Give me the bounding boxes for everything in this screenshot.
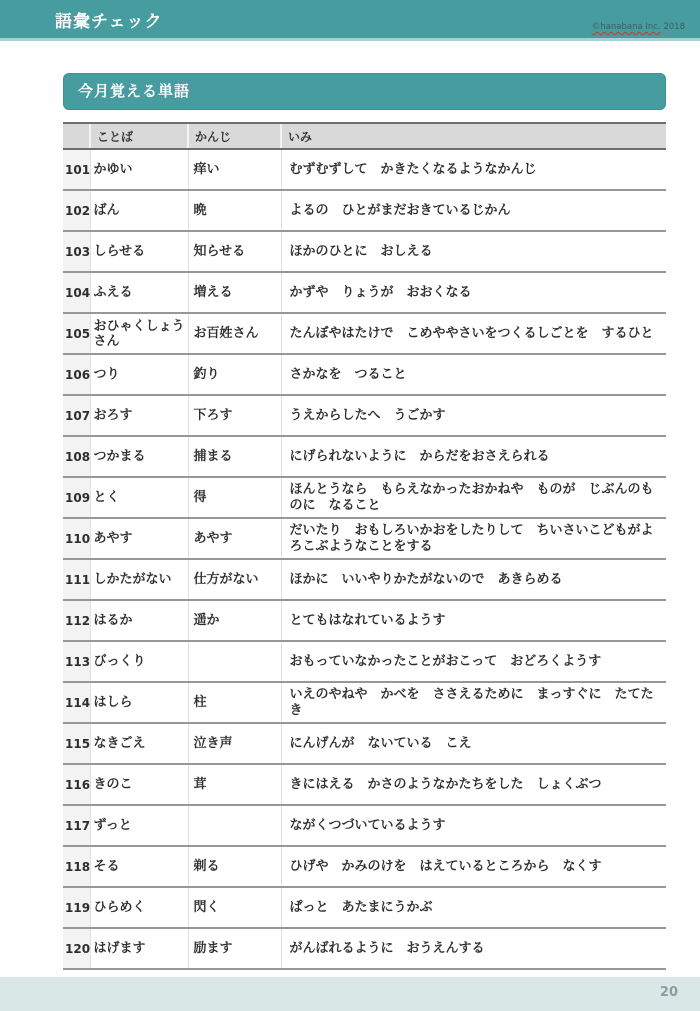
cell-kanji: お百姓さん xyxy=(188,313,281,354)
row-number: 104 xyxy=(63,272,90,313)
cell-imi: にげられないように からだをおさえられる xyxy=(281,436,666,477)
row-number: 110 xyxy=(63,518,90,559)
cell-imi: さかなを つること xyxy=(281,354,666,395)
table-row: 108 つかまる 捕まる にげられないように からだをおさえられる xyxy=(63,436,666,477)
cell-kanji: 下ろす xyxy=(188,395,281,436)
cell-kanji: 釣り xyxy=(188,354,281,395)
row-number: 114 xyxy=(63,682,90,723)
cell-kotoba: あやす xyxy=(90,518,188,559)
cell-imi: たんぼやはたけで こめややさいをつくるしごとを するひと xyxy=(281,313,666,354)
table-row: 107 おろす 下ろす うえからしたへ うごかす xyxy=(63,395,666,436)
cell-kanji: 捕まる xyxy=(188,436,281,477)
table-row: 114 はしら 柱 いえのやねや かべを ささえるために まっすぐに たてた き xyxy=(63,682,666,723)
column-header-imi: いみ xyxy=(281,123,666,149)
row-number: 107 xyxy=(63,395,90,436)
table-row: 101 かゆい 痒い むずむずして かきたくなるようなかんじ xyxy=(63,149,666,190)
row-number: 118 xyxy=(63,846,90,887)
cell-kotoba: きのこ xyxy=(90,764,188,805)
table-row: 116 きのこ 茸 きにはえる かさのようなかたちをした しょくぶつ xyxy=(63,764,666,805)
cell-imi: とてもはなれているようす xyxy=(281,600,666,641)
table-row: 110 あやす あやす だいたり おもしろいかおをしたりして ちいさいこどもがよ… xyxy=(63,518,666,559)
cell-kotoba: はげます xyxy=(90,928,188,969)
row-number: 101 xyxy=(63,149,90,190)
cell-imi: おもっていなかったことがおこって おどろくようす xyxy=(281,641,666,682)
row-number: 106 xyxy=(63,354,90,395)
cell-kanji: 増える xyxy=(188,272,281,313)
cell-kotoba: かゆい xyxy=(90,149,188,190)
row-number: 117 xyxy=(63,805,90,846)
row-number: 108 xyxy=(63,436,90,477)
cell-imi: ながくつづいているようす xyxy=(281,805,666,846)
table-row: 105 おひゃくしょうさん お百姓さん たんぼやはたけで こめややさいをつくるし… xyxy=(63,313,666,354)
table-row: 120 はげます 励ます がんばれるように おうえんする xyxy=(63,928,666,969)
table-row: 113 びっくり おもっていなかったことがおこって おどろくようす xyxy=(63,641,666,682)
cell-kanji xyxy=(188,641,281,682)
row-number: 103 xyxy=(63,231,90,272)
cell-kanji: 泣き声 xyxy=(188,723,281,764)
table-header-row: ことば かんじ いみ xyxy=(63,123,666,149)
cell-imi: ほんとうなら もらえなかったおかねや ものが じぶんのものに なること xyxy=(281,477,666,518)
cell-kanji: 痒い xyxy=(188,149,281,190)
column-header-kotoba: ことば xyxy=(90,123,188,149)
cell-kanji: 晩 xyxy=(188,190,281,231)
section-title-text: 今月覚える単語 xyxy=(64,74,665,109)
cell-kanji: 知らせる xyxy=(188,231,281,272)
cell-kotoba: なきごえ xyxy=(90,723,188,764)
cell-kotoba: とく xyxy=(90,477,188,518)
table-row: 109 とく 得 ほんとうなら もらえなかったおかねや ものが じぶんのものに … xyxy=(63,477,666,518)
copyright-year: 2018 xyxy=(663,22,685,32)
cell-kotoba: ひらめく xyxy=(90,887,188,928)
cell-kotoba: ばん xyxy=(90,190,188,231)
table-row: 103 しらせる 知らせる ほかのひとに おしえる xyxy=(63,231,666,272)
cell-kanji: 仕方がない xyxy=(188,559,281,600)
cell-kotoba: ふえる xyxy=(90,272,188,313)
row-number: 116 xyxy=(63,764,90,805)
cell-kotoba: しかたがない xyxy=(90,559,188,600)
table-row: 106 つり 釣り さかなを つること xyxy=(63,354,666,395)
cell-imi: ほかに いいやりかたがないので あきらめる xyxy=(281,559,666,600)
cell-imi: にんげんが ないている こえ xyxy=(281,723,666,764)
cell-kotoba: つり xyxy=(90,354,188,395)
table-row: 117 ずっと ながくつづいているようす xyxy=(63,805,666,846)
cell-kotoba: はるか xyxy=(90,600,188,641)
cell-imi: がんばれるように おうえんする xyxy=(281,928,666,969)
cell-kotoba: ずっと xyxy=(90,805,188,846)
row-number: 105 xyxy=(63,313,90,354)
column-header-number xyxy=(63,123,90,149)
column-header-kanji: かんじ xyxy=(188,123,281,149)
cell-imi: むずむずして かきたくなるようなかんじ xyxy=(281,149,666,190)
cell-kanji: 遥か xyxy=(188,600,281,641)
cell-kanji: 励ます xyxy=(188,928,281,969)
cell-kotoba: はしら xyxy=(90,682,188,723)
cell-imi: ぱっと あたまにうかぶ xyxy=(281,887,666,928)
table-row: 111 しかたがない 仕方がない ほかに いいやりかたがないので あきらめる xyxy=(63,559,666,600)
table-row: 119 ひらめく 閃く ぱっと あたまにうかぶ xyxy=(63,887,666,928)
cell-kotoba: びっくり xyxy=(90,641,188,682)
page-title: 語彙チェック xyxy=(55,7,163,32)
page-number: 20 xyxy=(660,985,678,1000)
cell-imi: いえのやねや かべを ささえるために まっすぐに たてた き xyxy=(281,682,666,723)
cell-imi: よるの ひとがまだおきているじかん xyxy=(281,190,666,231)
table-row: 115 なきごえ 泣き声 にんげんが ないている こえ xyxy=(63,723,666,764)
row-number: 102 xyxy=(63,190,90,231)
footer-band: 20 xyxy=(0,977,700,1011)
copyright: ©hanabana Inc. 2018 xyxy=(592,22,685,32)
row-number: 119 xyxy=(63,887,90,928)
table-row: 112 はるか 遥か とてもはなれているようす xyxy=(63,600,666,641)
table-row: 104 ふえる 増える かずや りょうが おおくなる xyxy=(63,272,666,313)
cell-kanji: 剃る xyxy=(188,846,281,887)
cell-kotoba: そる xyxy=(90,846,188,887)
section-title-banner: 今月覚える単語 xyxy=(63,73,666,110)
row-number: 120 xyxy=(63,928,90,969)
cell-imi: ひげや かみのけを はえているところから なくす xyxy=(281,846,666,887)
cell-kotoba: おろす xyxy=(90,395,188,436)
table-row: 102 ばん 晩 よるの ひとがまだおきているじかん xyxy=(63,190,666,231)
cell-kotoba: しらせる xyxy=(90,231,188,272)
cell-kanji: 茸 xyxy=(188,764,281,805)
cell-kanji: あやす xyxy=(188,518,281,559)
cell-kotoba: つかまる xyxy=(90,436,188,477)
row-number: 113 xyxy=(63,641,90,682)
vocab-table-body: 101 かゆい 痒い むずむずして かきたくなるようなかんじ 102 ばん 晩 … xyxy=(63,149,666,969)
row-number: 111 xyxy=(63,559,90,600)
cell-imi: うえからしたへ うごかす xyxy=(281,395,666,436)
cell-imi: だいたり おもしろいかおをしたりして ちいさいこどもがよろこぶようなことをする xyxy=(281,518,666,559)
copyright-name: ©hanabana Inc. xyxy=(592,22,661,32)
row-number: 109 xyxy=(63,477,90,518)
table-row: 118 そる 剃る ひげや かみのけを はえているところから なくす xyxy=(63,846,666,887)
cell-imi: かずや りょうが おおくなる xyxy=(281,272,666,313)
row-number: 112 xyxy=(63,600,90,641)
row-number: 115 xyxy=(63,723,90,764)
cell-kanji: 柱 xyxy=(188,682,281,723)
vocab-table: ことば かんじ いみ 101 かゆい 痒い むずむずして かきたくなるようなかん… xyxy=(63,122,666,970)
cell-imi: きにはえる かさのようなかたちをした しょくぶつ xyxy=(281,764,666,805)
cell-kotoba: おひゃくしょうさん xyxy=(90,313,188,354)
cell-imi: ほかのひとに おしえる xyxy=(281,231,666,272)
top-bar: 語彙チェック ©hanabana Inc. 2018 xyxy=(0,0,700,41)
cell-kanji: 得 xyxy=(188,477,281,518)
cell-kanji: 閃く xyxy=(188,887,281,928)
worksheet-page: 語彙チェック ©hanabana Inc. 2018 今月覚える単語 ことば か… xyxy=(0,0,700,1011)
cell-kanji xyxy=(188,805,281,846)
